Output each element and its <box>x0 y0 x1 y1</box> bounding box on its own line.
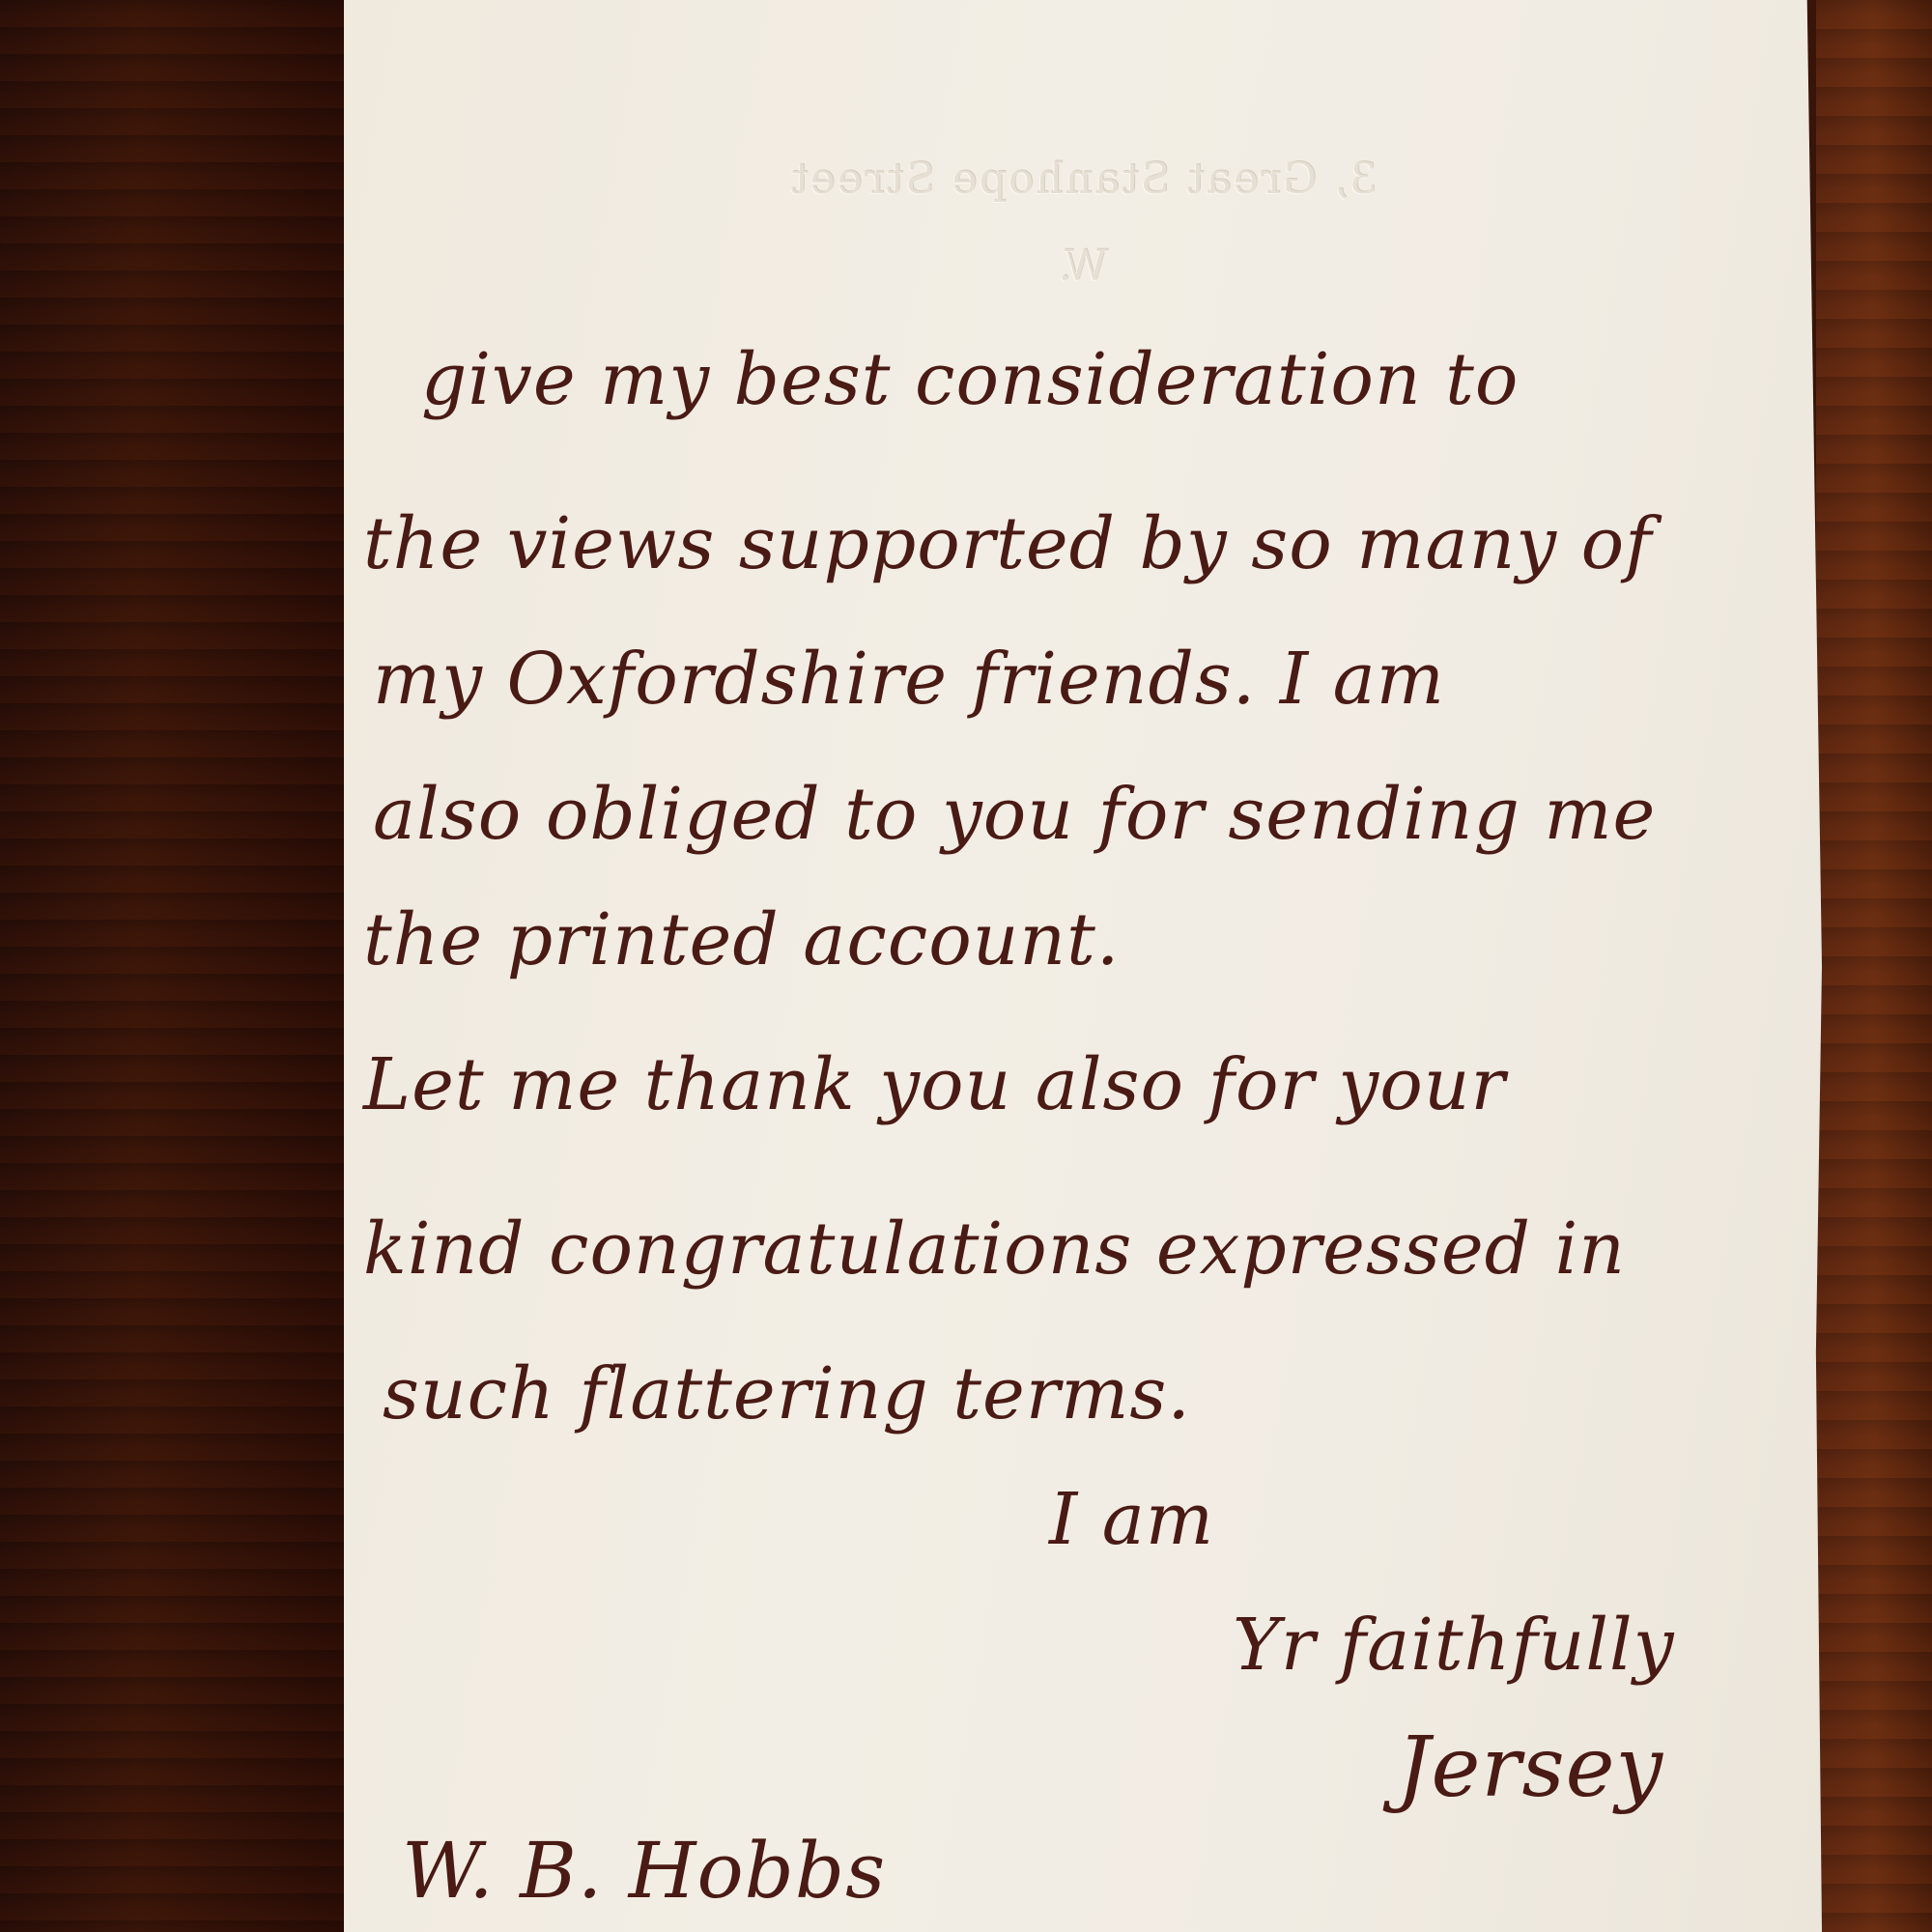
signature-jersey: Jersey <box>1397 1719 1663 1816</box>
letter-body-line-8: such flattering terms. <box>383 1352 1191 1435</box>
letter-sheet: 3, Great Stanhope Street W. give my best… <box>344 0 1822 1932</box>
letter-body-line-2: the views supported by so many of <box>363 502 1653 585</box>
letter-body-line-6: Let me thank you also for your <box>363 1043 1506 1126</box>
letter-body-line-7: kind congratulations expressed in <box>363 1207 1626 1291</box>
wood-table-background-right <box>1816 0 1932 1932</box>
closing-yours-faithfully: Yr faithfully <box>1233 1604 1675 1687</box>
letter-body-line-3: my Oxfordshire friends. I am <box>373 638 1445 721</box>
letter-body-line-5: the printed account. <box>363 898 1120 981</box>
closing-i-am: I am <box>1049 1478 1214 1561</box>
addressee-name: W. B. Hobbs <box>402 1826 886 1916</box>
embossed-letterhead-district: W. <box>344 241 1822 291</box>
wood-table-background-left <box>0 0 348 1932</box>
embossed-letterhead-address: 3, Great Stanhope Street <box>344 155 1822 204</box>
letter-body-line-1: give my best consideration to <box>421 338 1519 421</box>
letter-body-line-4: also obliged to you for sending me <box>373 773 1656 856</box>
